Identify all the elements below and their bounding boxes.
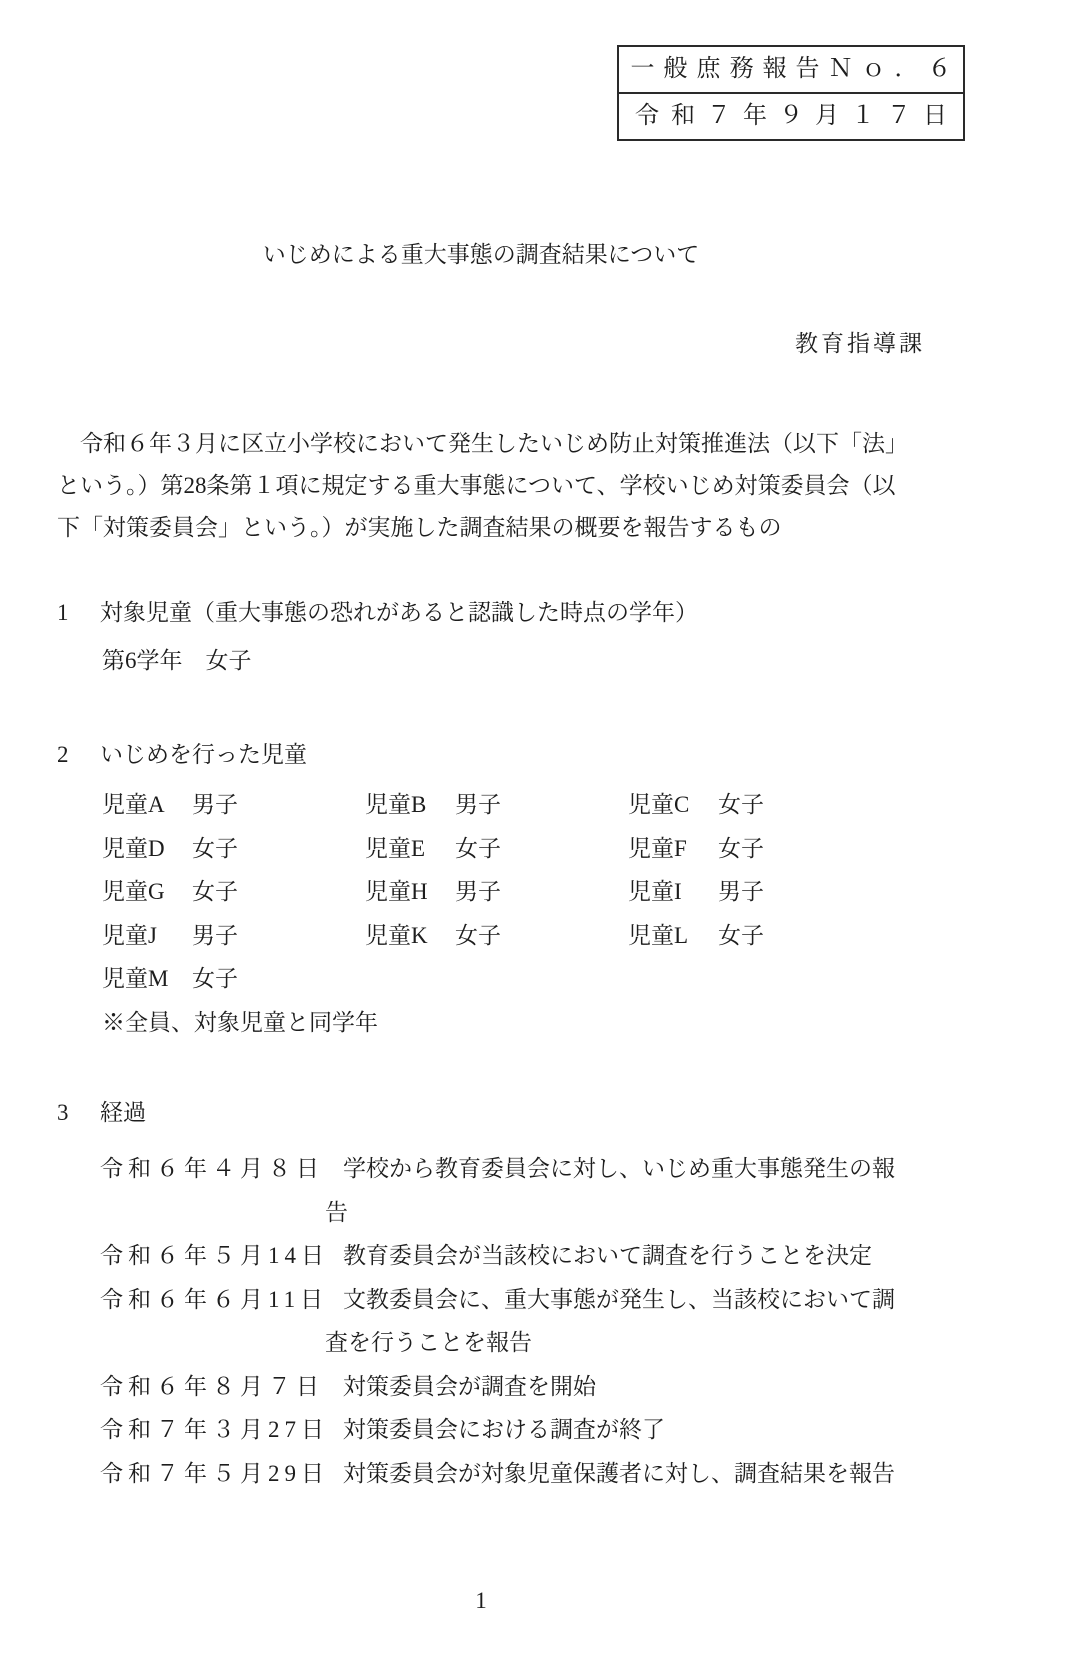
- note-line: ※全員、対象児童と同学年: [102, 1008, 378, 1038]
- page-number: 1: [57, 1586, 905, 1616]
- section-2-number: 2: [57, 740, 100, 770]
- child-gender: 女子: [455, 923, 501, 948]
- intro-line: 令和６年３月に区立小学校において発生したいじめ防止対策推進法（以下「法」: [57, 423, 937, 465]
- section-1-number: 1: [57, 598, 100, 628]
- children-row: 児童M女子: [102, 957, 952, 1001]
- child-cell: 児童F女子: [628, 827, 891, 871]
- child-gender: 男子: [192, 792, 238, 817]
- timeline-date: 令和６年４月８日: [100, 1147, 343, 1191]
- children-row: 児童A男子児童B男子児童C女子: [102, 783, 952, 827]
- report-date: 令和７年９月１７日: [619, 92, 963, 139]
- timeline-row: 令和６年４月８日学校から教育委員会に対し、いじめ重大事態発生の報: [100, 1147, 980, 1191]
- timeline-date: 令和６年８月７日: [100, 1365, 343, 1409]
- child-gender: 女子: [455, 836, 501, 861]
- child-cell: 児童B男子: [365, 783, 628, 827]
- intro-line: という。）第28条第１項に規定する重大事態について、学校いじめ対策委員会（以: [57, 465, 937, 507]
- children-grid: 児童A男子児童B男子児童C女子 児童D女子児童E女子児童F女子 児童G女子児童H…: [102, 783, 952, 1001]
- children-row: 児童D女子児童E女子児童F女子: [102, 827, 952, 871]
- child-label: 児童K: [365, 914, 455, 958]
- page-title: いじめによる重大事態の調査結果について: [57, 240, 905, 270]
- children-row: 児童G女子児童H男子児童I男子: [102, 870, 952, 914]
- grade-gender-line: 第6学年 女子: [102, 646, 252, 676]
- child-cell: 児童M女子: [102, 957, 365, 1001]
- timeline-row: 令和６年６月11日文教委員会に、重大事態が発生し、当該校において調: [100, 1278, 980, 1322]
- document-page: 一般庶務報告Ｎｏ．６ 令和７年９月１７日 いじめによる重大事態の調査結果について…: [0, 0, 1080, 1666]
- child-label: 児童M: [102, 957, 192, 1001]
- child-cell: 児童G女子: [102, 870, 365, 914]
- child-label: 児童C: [628, 783, 718, 827]
- child-label: 児童L: [628, 914, 718, 958]
- child-label: 児童I: [628, 870, 718, 914]
- section-3-title: 経過: [100, 1100, 146, 1125]
- child-gender: 女子: [718, 836, 764, 861]
- timeline-continuation: 告: [100, 1191, 980, 1235]
- timeline-text: 教育委員会が当該校において調査を行うことを決定: [343, 1243, 872, 1268]
- child-cell: 児童E女子: [365, 827, 628, 871]
- child-gender: 女子: [192, 879, 238, 904]
- section-3-number: 3: [57, 1098, 100, 1128]
- timeline-text: 対策委員会が調査を開始: [343, 1374, 596, 1399]
- section-1-header: 1対象児童（重大事態の恐れがあると認識した時点の学年）: [57, 598, 698, 628]
- child-cell: 児童C女子: [628, 783, 891, 827]
- child-cell: 児童H男子: [365, 870, 628, 914]
- child-gender: 女子: [192, 966, 238, 991]
- child-gender: 女子: [718, 923, 764, 948]
- report-number: 一般庶務報告Ｎｏ．６: [619, 47, 963, 92]
- timeline-row: 令和７年５月29日対策委員会が対象児童保護者に対し、調査結果を報告: [100, 1452, 980, 1496]
- child-gender: 男子: [718, 879, 764, 904]
- child-label: 児童J: [102, 914, 192, 958]
- section-2-header: 2いじめを行った児童: [57, 740, 307, 770]
- timeline-continuation: 査を行うことを報告: [100, 1321, 980, 1365]
- section-3-header: 3経過: [57, 1098, 146, 1128]
- timeline-text: 学校から教育委員会に対し、いじめ重大事態発生の報: [343, 1156, 895, 1181]
- child-cell: 児童L女子: [628, 914, 891, 958]
- department-label: 教育指導課: [795, 329, 925, 359]
- timeline-text: 対策委員会における調査が終了: [343, 1417, 665, 1442]
- child-gender: 男子: [455, 792, 501, 817]
- child-label: 児童D: [102, 827, 192, 871]
- child-cell: 児童I男子: [628, 870, 891, 914]
- timeline-row: 令和７年３月27日対策委員会における調査が終了: [100, 1408, 980, 1452]
- child-label: 児童H: [365, 870, 455, 914]
- child-label: 児童G: [102, 870, 192, 914]
- timeline-row: 令和６年８月７日対策委員会が調査を開始: [100, 1365, 980, 1409]
- intro-paragraph: 令和６年３月に区立小学校において発生したいじめ防止対策推進法（以下「法」 という…: [57, 423, 937, 549]
- intro-line: 下「対策委員会」という。）が実施した調査結果の概要を報告するもの: [57, 507, 937, 549]
- children-row: 児童J男子児童K女子児童L女子: [102, 914, 952, 958]
- child-gender: 女子: [192, 836, 238, 861]
- timeline-date: 令和７年３月27日: [100, 1408, 343, 1452]
- section-1-title: 対象児童（重大事態の恐れがあると認識した時点の学年）: [100, 600, 698, 625]
- child-cell: 児童K女子: [365, 914, 628, 958]
- child-cell: 児童A男子: [102, 783, 365, 827]
- child-label: 児童E: [365, 827, 455, 871]
- timeline-date: 令和６年６月11日: [100, 1278, 343, 1322]
- child-cell: 児童J男子: [102, 914, 365, 958]
- timeline-text: 文教委員会に、重大事態が発生し、当該校において調: [343, 1287, 895, 1312]
- timeline-row: 令和６年５月14日教育委員会が当該校において調査を行うことを決定: [100, 1234, 980, 1278]
- child-gender: 女子: [718, 792, 764, 817]
- child-label: 児童B: [365, 783, 455, 827]
- child-label: 児童F: [628, 827, 718, 871]
- child-gender: 男子: [455, 879, 501, 904]
- child-cell: 児童D女子: [102, 827, 365, 871]
- child-gender: 男子: [192, 923, 238, 948]
- section-2-title: いじめを行った児童: [100, 742, 307, 767]
- child-label: 児童A: [102, 783, 192, 827]
- timeline-text: 対策委員会が対象児童保護者に対し、調査結果を報告: [343, 1461, 895, 1486]
- report-header-box: 一般庶務報告Ｎｏ．６ 令和７年９月１７日: [617, 45, 965, 141]
- timeline-date: 令和７年５月29日: [100, 1452, 343, 1496]
- timeline-date: 令和６年５月14日: [100, 1234, 343, 1278]
- timeline: 令和６年４月８日学校から教育委員会に対し、いじめ重大事態発生の報 告 令和６年５…: [100, 1147, 980, 1495]
